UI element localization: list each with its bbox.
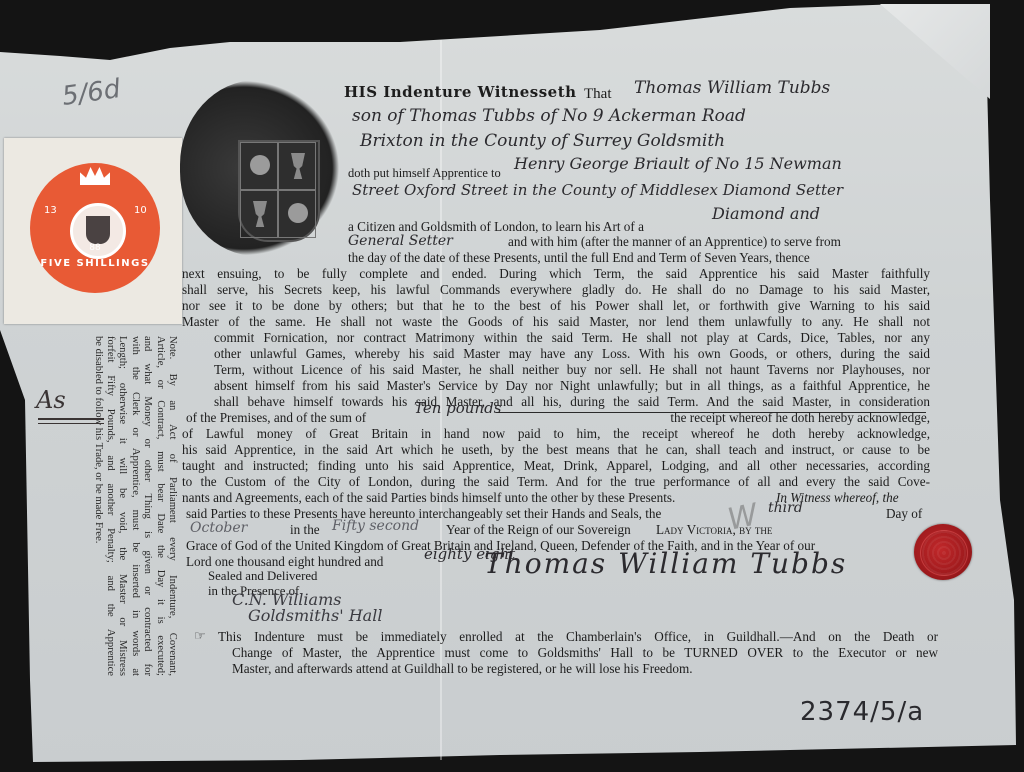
note-line: Note. By an Act of Parliament every Inde… — [166, 336, 178, 676]
covered-cup-icon — [291, 153, 305, 179]
note-line: Length; otherwise it will be void, the M… — [116, 336, 128, 676]
body-line: next ensuing, to be fully complete and e… — [182, 266, 930, 282]
note-line: with the Clerk or Apprentice, must be in… — [128, 336, 140, 676]
day-of-text: Day of — [886, 506, 922, 522]
body-line: other unlawful Games, whereby his said M… — [214, 346, 930, 362]
heading-that: That — [584, 86, 612, 102]
master-name-line: Henry George Briault of No 15 Newman — [514, 156, 842, 172]
enrolment-line-1: This Indenture must be immediately enrol… — [218, 629, 938, 645]
covenants-line: nants and Agreements, each of the said P… — [182, 490, 692, 506]
sealed-delivered-1: Sealed and Delivered — [208, 568, 317, 584]
body-line: taught and instructed; finding unto his … — [182, 458, 930, 474]
day-filled: third — [768, 500, 803, 516]
month-filled: October — [190, 520, 247, 536]
crown-icon — [80, 167, 110, 185]
parent-line: son of Thomas Tubbs of No 9 Ackerman Roa… — [352, 108, 746, 124]
body-line: to the Custom of the City of London, dur… — [182, 474, 930, 490]
body-line: Term, without Licence of his said Master… — [214, 362, 930, 378]
doth-put-text: doth put himself Apprentice to — [348, 165, 501, 181]
pencil-initials: W — [725, 497, 761, 537]
margin-annotation: As — [36, 386, 66, 414]
note-line: forfeit Fifty Pounds, and another Penalt… — [104, 336, 116, 676]
residence-line: Brixton in the County of Surrey Goldsmit… — [360, 133, 725, 149]
sum-amount: Ten pounds — [414, 400, 501, 416]
seven-years-line: the day of the date of these Presents, u… — [348, 250, 810, 266]
premises-text: of the Premises, and of the sum of — [186, 410, 366, 426]
leopard-head-icon — [288, 203, 308, 223]
revenue-stamp: 13 10 88 FIVE SHILLINGS — [30, 163, 160, 293]
stamp-left-number: 13 — [44, 205, 57, 216]
revenue-stamp-paper: 13 10 88 FIVE SHILLINGS — [4, 138, 182, 324]
covered-cup-icon — [253, 201, 267, 227]
body-line: his said Apprentice, in the said Art whi… — [182, 442, 930, 458]
art-line-2: General Setter — [348, 233, 453, 249]
regnal-year-filled: Fifty second — [332, 518, 419, 534]
note-line: be disabled to follow his Trade, or be m… — [91, 336, 103, 676]
enrolment-line-2: Change of Master, the Apprentice must co… — [232, 645, 938, 661]
set-hands-line: said Parties to these Presents have here… — [186, 506, 661, 522]
leopard-head-icon — [250, 155, 270, 175]
note-line: and what Money or other Thing is given o… — [141, 336, 153, 676]
heading-black-letter: HIS Indenture Witnesseth — [344, 84, 577, 100]
body-line: of Lawful money of Great Britain in hand… — [182, 426, 930, 442]
body-line: shall behave himself towards his said Ma… — [214, 394, 930, 410]
note-line: Article, or Contract, must bear Date the… — [153, 336, 165, 676]
act-of-parliament-note: Note. By an Act of Parliament every Inde… — [91, 336, 178, 676]
witness-location: Goldsmiths' Hall — [248, 608, 382, 624]
pointing-hand-icon: ☞ — [194, 628, 206, 644]
coat-of-arms-icon — [238, 140, 320, 242]
enrolment-line-3: Master, and afterwards attend at Guildha… — [232, 661, 693, 677]
in-the-text: in the — [290, 522, 320, 538]
archive-reference: 2374/5/a — [800, 697, 924, 727]
body-line: absent himself from his said Master's Se… — [214, 378, 930, 394]
stamp-label: FIVE SHILLINGS — [30, 258, 160, 269]
wax-seal — [914, 524, 972, 580]
apprentice-signature: Thomas William Tubbs — [484, 556, 847, 572]
body-line: shall serve, his Secrets keep, his lawfu… — [182, 282, 930, 298]
body-line: Master of the same. He shall not waste t… — [182, 314, 930, 330]
master-address-line: Street Oxford Street in the County of Mi… — [352, 182, 843, 198]
body-line: commit Fornication, nor contract Matrimo… — [214, 330, 930, 346]
decorated-initial — [180, 80, 340, 256]
art-line-1: Diamond and — [712, 206, 820, 222]
margin-underline — [38, 418, 104, 424]
apprentice-name: Thomas William Tubbs — [634, 80, 830, 96]
reign-text: Year of the Reign of our Sovereign — [446, 522, 631, 538]
serve-from-line: and with him (after the manner of an App… — [508, 234, 841, 250]
receipt-text: the receipt whereof he doth hereby ackno… — [600, 410, 930, 426]
body-line: nor see it to be done by others; but tha… — [182, 298, 930, 314]
stamp-right-number: 10 — [134, 205, 147, 216]
stamp-bottom-number: 88 — [30, 243, 160, 253]
shield-icon — [86, 216, 110, 244]
